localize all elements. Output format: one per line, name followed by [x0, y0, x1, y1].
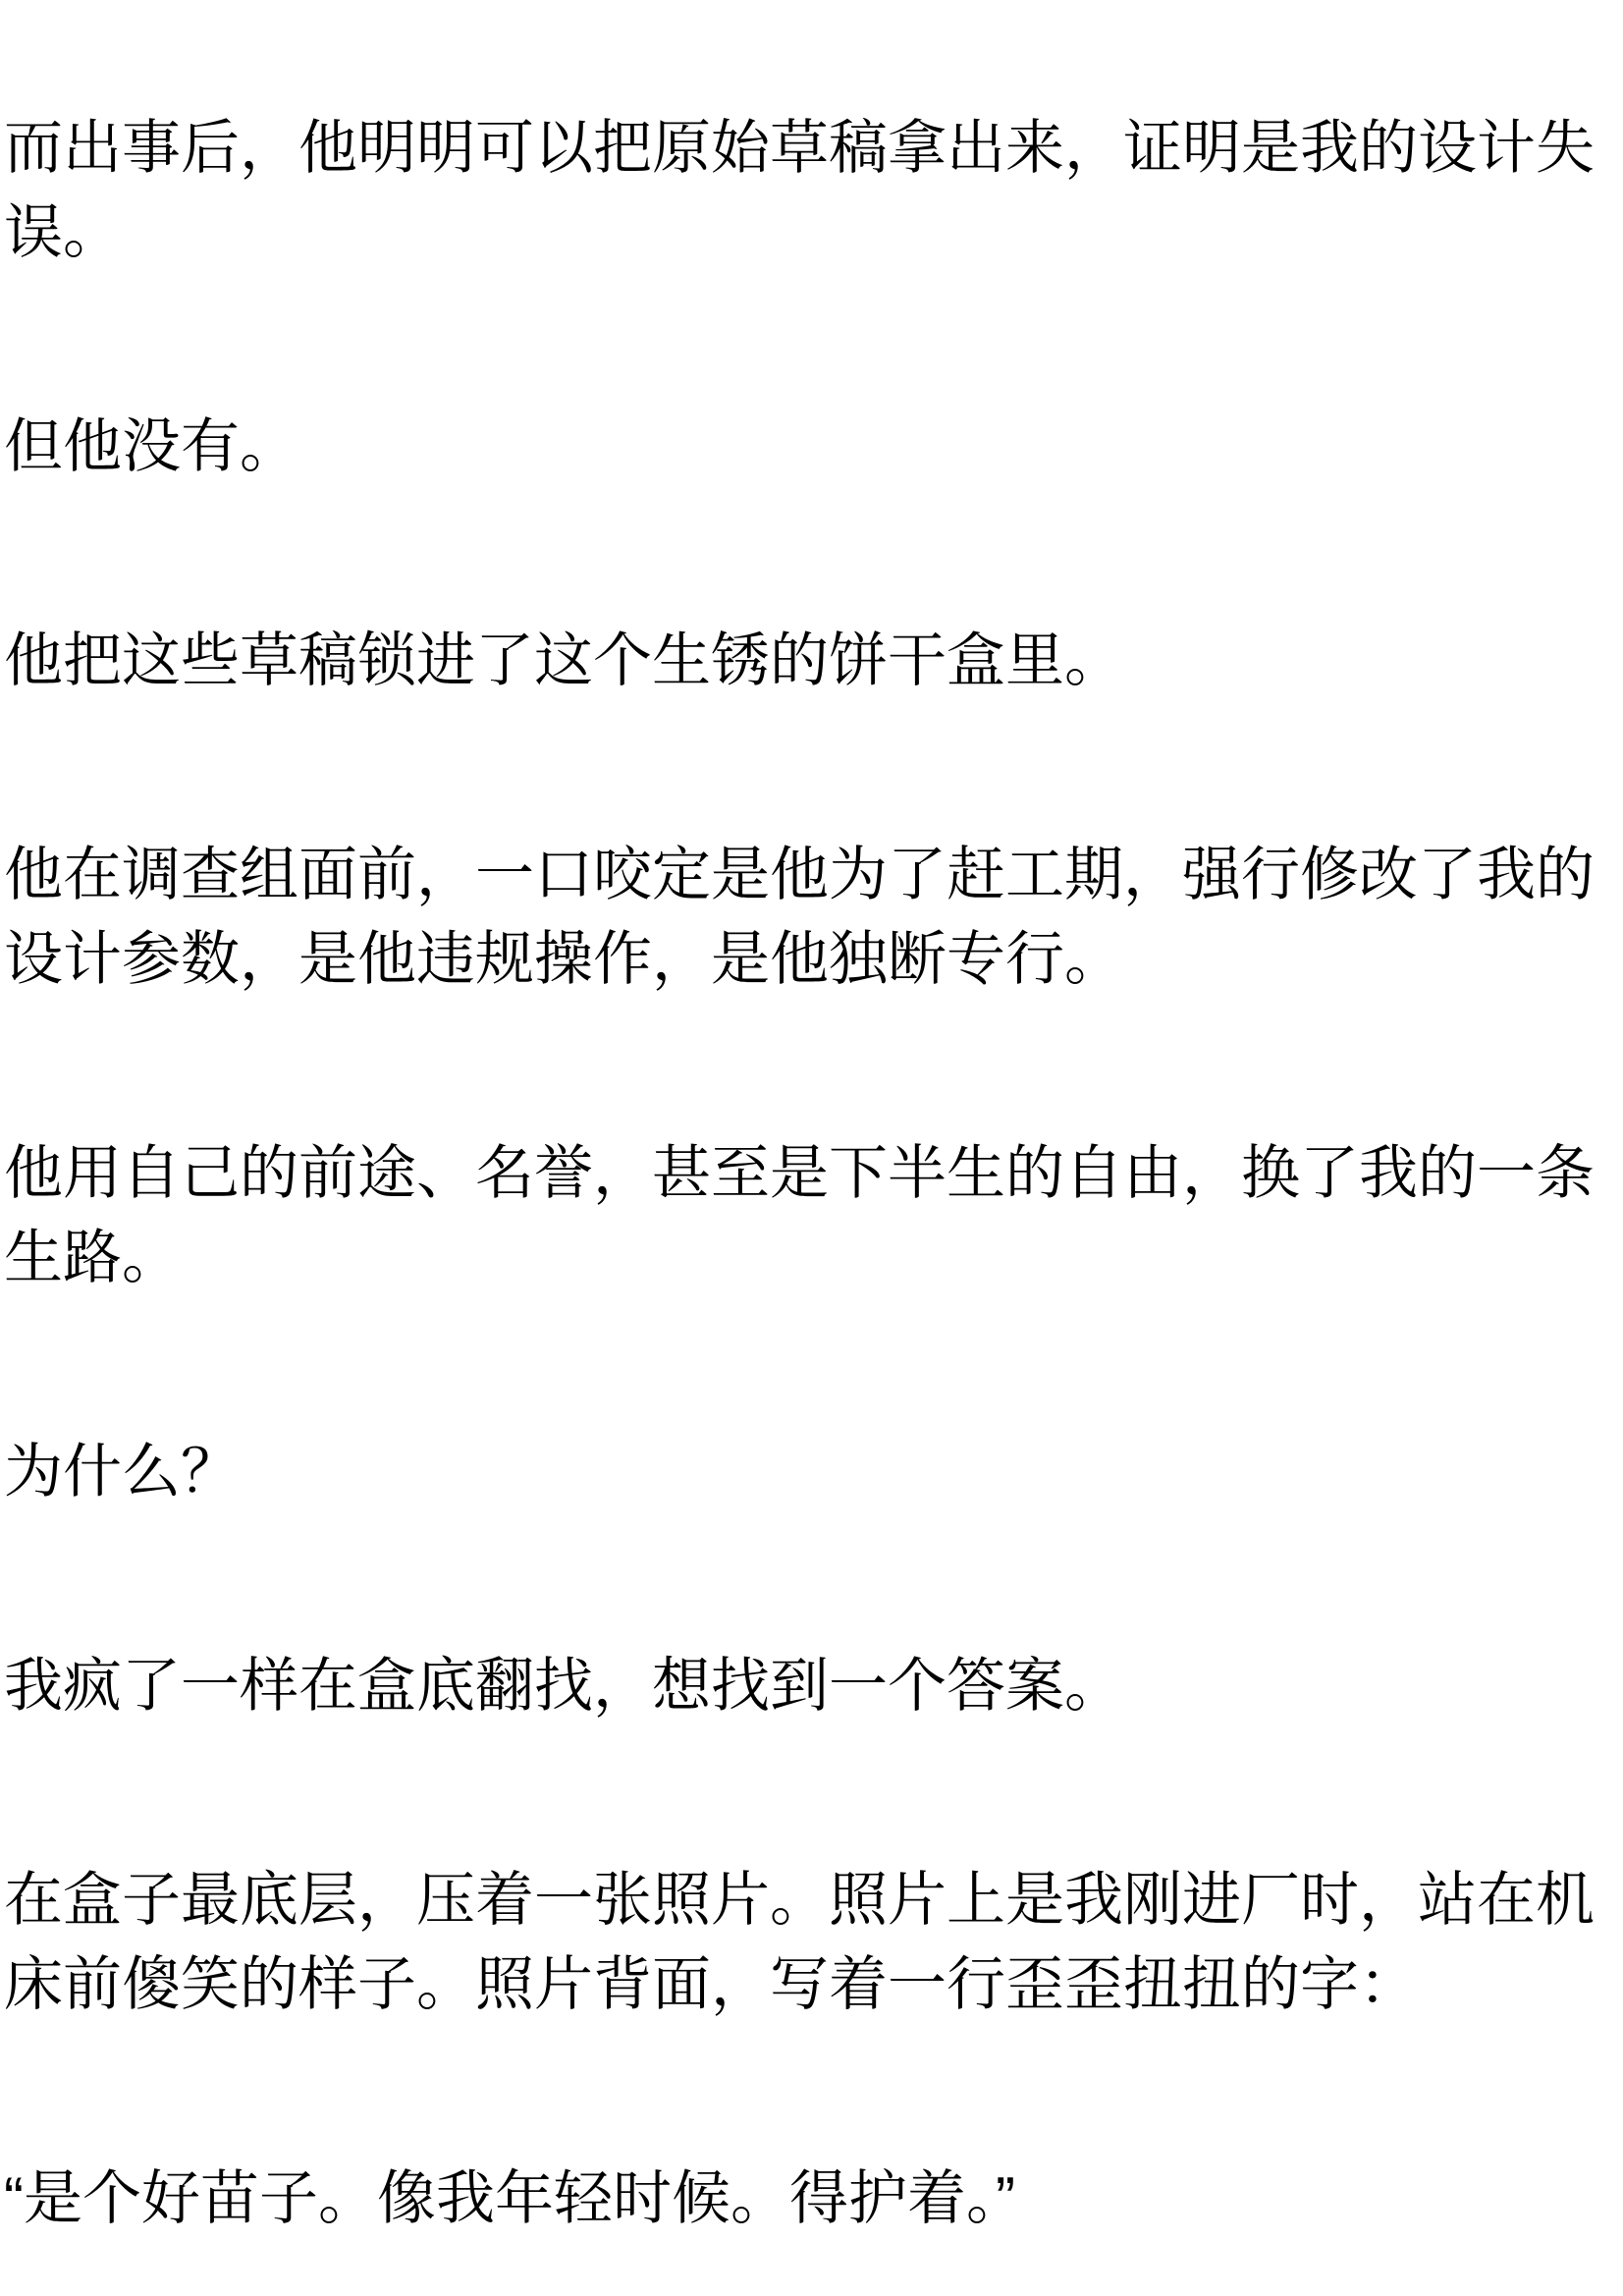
paragraph: 他在调查组面前，一口咬定是他为了赶工期，强行修改了我的设计参数，是他违规操作，是…	[4, 833, 1619, 1002]
paragraph: 我疯了一样在盒底翻找，想找到一个答案。	[4, 1644, 1619, 1728]
paragraph: 他把这些草稿锁进了这个生锈的饼干盒里。	[4, 619, 1619, 703]
paragraph: 他用自己的前途、名誉，甚至是下半生的自由，换了我的一条生路。	[4, 1131, 1619, 1300]
paragraph: 但他没有。	[4, 405, 1619, 489]
reading-page: 而出事后，他明明可以把原始草稿拿出来，证明是我的设计失误。 但他没有。 他把这些…	[0, 0, 1623, 2241]
paragraph: 在盒子最底层，压着一张照片。照片上是我刚进厂时，站在机床前傻笑的样子。照片背面，…	[4, 1858, 1619, 2027]
paragraph: 而出事后，他明明可以把原始草稿拿出来，证明是我的设计失误。	[4, 106, 1619, 275]
paragraph: “是个好苗子。像我年轻时候。得护着。”	[4, 2157, 1619, 2241]
paragraph: 为什么？	[4, 1430, 1619, 1514]
